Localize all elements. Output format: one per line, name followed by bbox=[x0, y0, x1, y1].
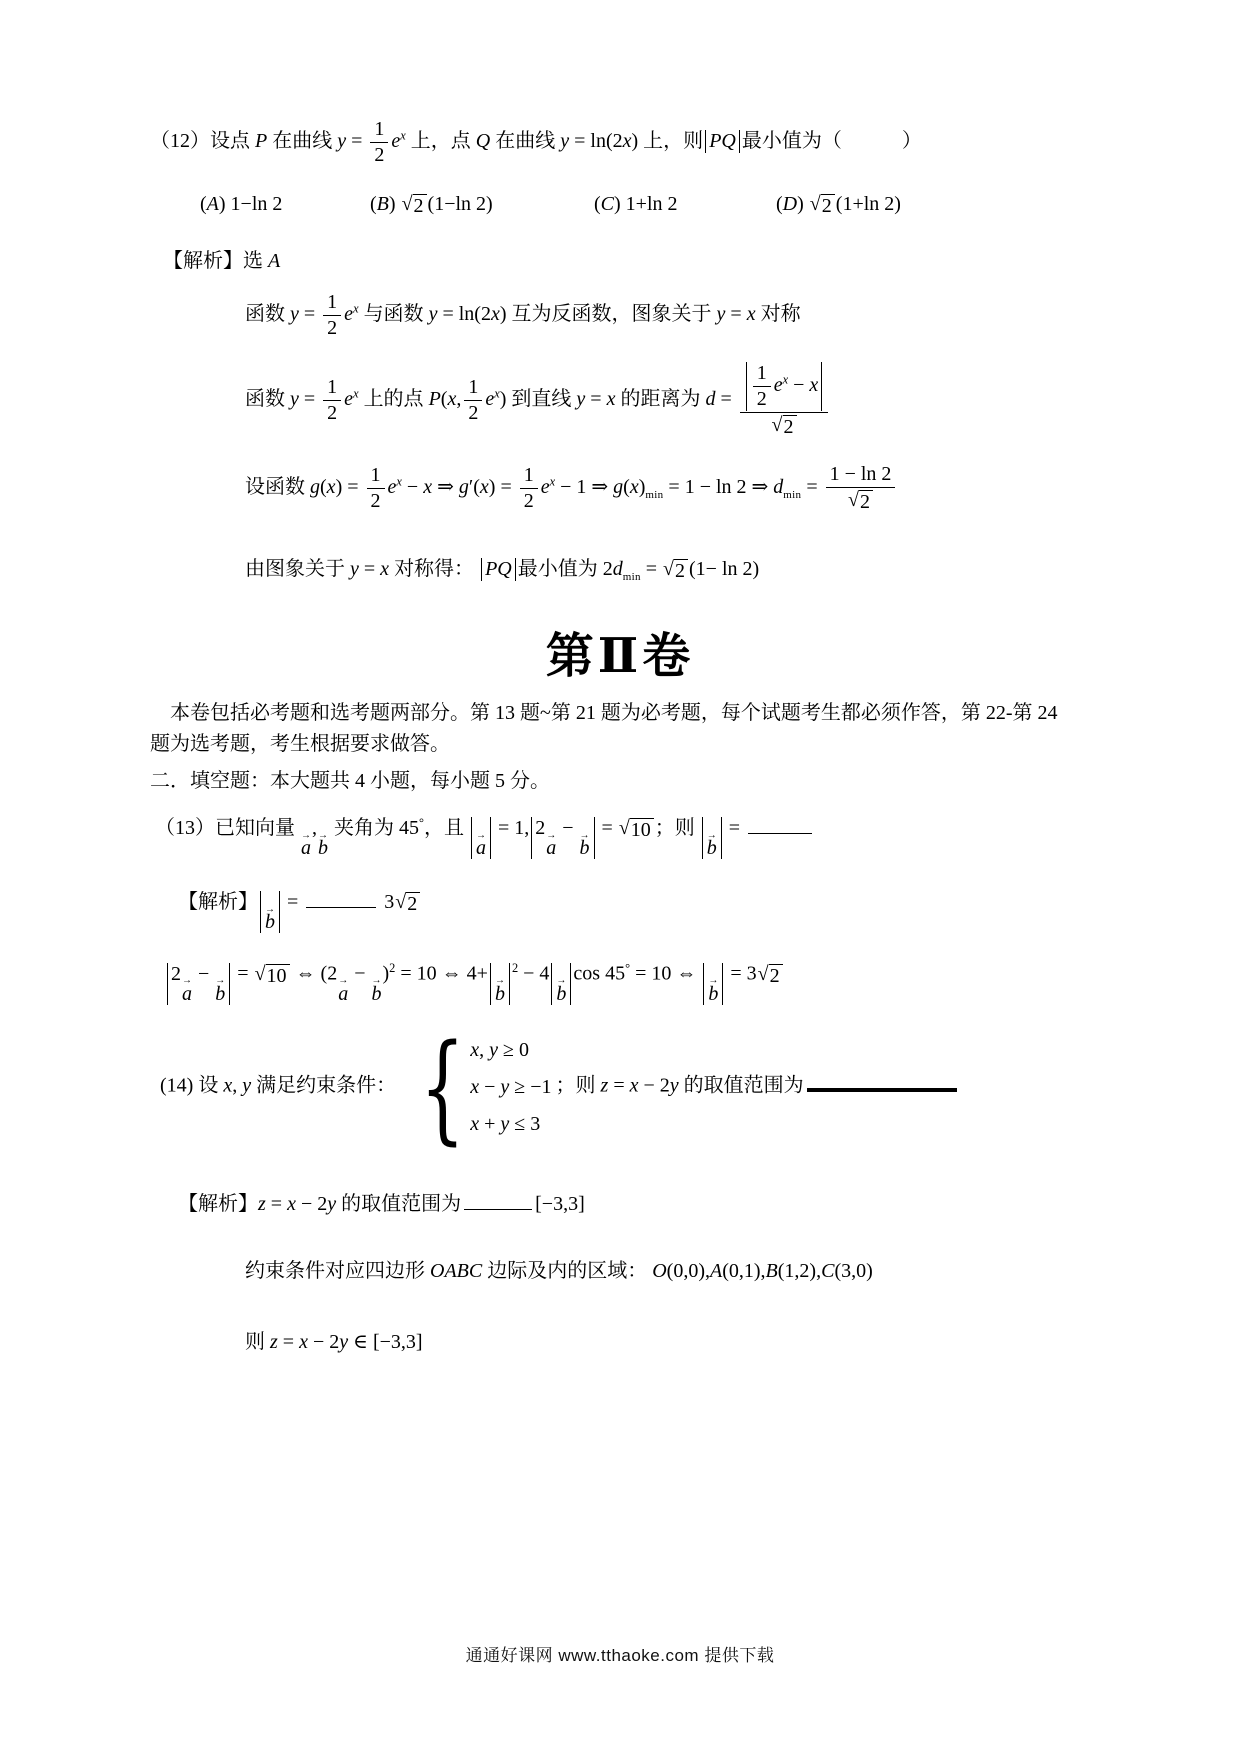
section-2-heading: 第Ⅱ卷 bbox=[0, 617, 1240, 686]
option-c: (C) 1+ln 2 bbox=[594, 193, 776, 218]
solution-12-step-4: 由图象关于 y = x 对称得： PQ最小值为 2dmin = √2(1− ln… bbox=[245, 552, 1240, 583]
question-14-line: (14) 设 x, y 满足约束条件： {x, y ≥ 0x − y ≥ −1x… bbox=[160, 1031, 1240, 1143]
option-d: (D) √2(1+ln 2) bbox=[776, 193, 901, 218]
solution-12-step-3: 设函数 g(x) = 12ex − x ⇒ g′(x) = 12ex − 1 ⇒… bbox=[245, 463, 1240, 514]
exam-solution-page: （12）设点 P 在曲线 y = 12ex 上，点 Q 在曲线 y = ln(2… bbox=[0, 0, 1240, 1754]
solution-14-conclusion: 则 z = x − 2y ∈ [−3,3] bbox=[245, 1325, 1240, 1354]
solution-14-answer: 【解析】z = x − 2y 的取值范围为[−3,3] bbox=[178, 1187, 1240, 1216]
question-13-line: （13）已知向量 →a,→b 夹角为 45°，且 →a = 1,2→a − →b… bbox=[155, 811, 1240, 859]
section-2-intro-paragraph: 本卷包括必考题和选考题两部分。第 13 题~第 21 题为必考题，每个试题考生都… bbox=[150, 698, 1060, 760]
question-12-line: （12）设点 P 在曲线 y = 12ex 上，点 Q 在曲线 y = ln(2… bbox=[150, 118, 1240, 167]
footer-watermark: 通通好课网 www.tthaoke.com 提供下载 bbox=[0, 1641, 1240, 1666]
option-a: (A) 1−ln 2 bbox=[200, 193, 370, 218]
solution-13-derivation: 2→a − →b = √10 ⇔ (2→a − →b)2 = 10 ⇔ 4+→b… bbox=[165, 961, 1240, 1005]
option-b: (B) √2(1−ln 2) bbox=[370, 193, 594, 218]
question-12-options-row: (A) 1−ln 2 (B) √2(1−ln 2) (C) 1+ln 2 (D)… bbox=[200, 193, 1240, 218]
solution-12-step-2: 函数 y = 12ex 上的点 P(x,12ex) 到直线 y = x 的距离为… bbox=[245, 362, 1240, 439]
solution-12-step-1: 函数 y = 12ex 与函数 y = ln(2x) 互为反函数，图象关于 y … bbox=[245, 291, 1240, 340]
fill-in-blanks-instruction: 二．填空题：本大题共 4 小题，每小题 5 分。 bbox=[150, 764, 1240, 793]
solution-13-answer: 【解析】→b = 3√2 bbox=[178, 885, 1240, 933]
solution-12-choice: 【解析】选 A bbox=[163, 244, 1240, 273]
solution-14-region: 约束条件对应四边形 OABC 边际及内的区域： O(0,0),A(0,1),B(… bbox=[245, 1254, 1240, 1283]
